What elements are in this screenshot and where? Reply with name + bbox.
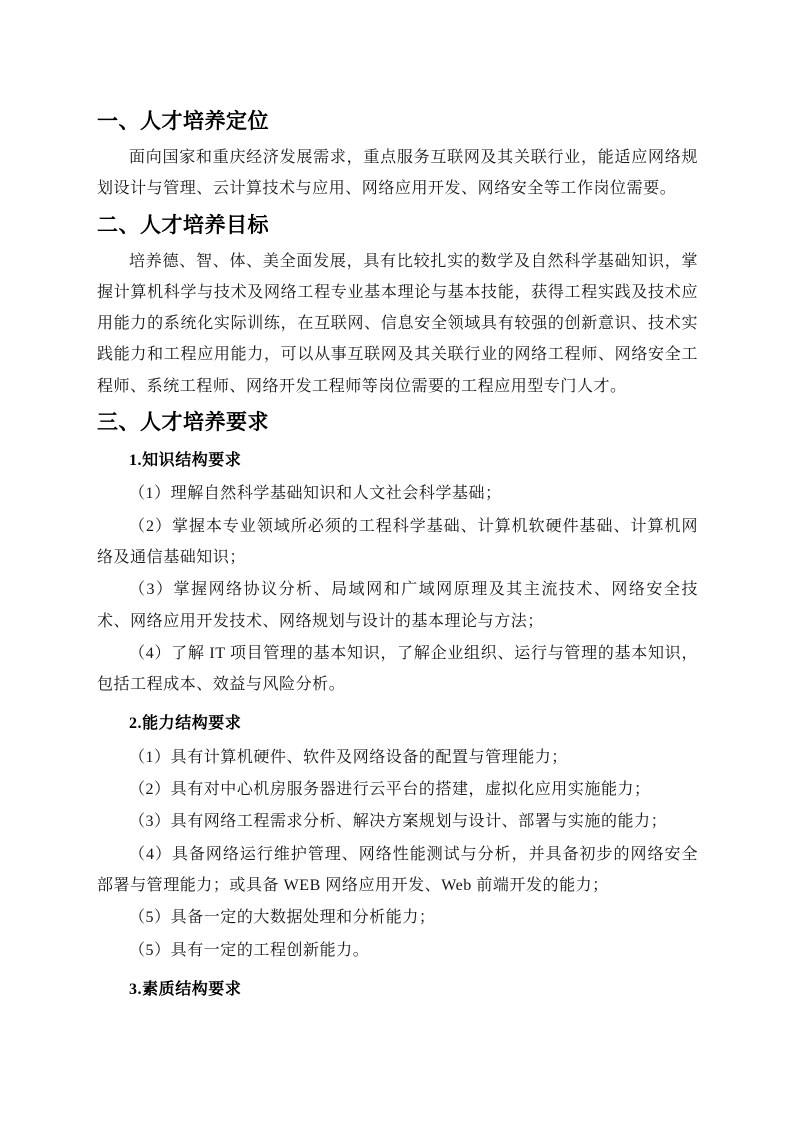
ability-item-1: （1）具有计算机硬件、软件及网络设备的配置与管理能力； [97,742,698,773]
knowledge-item-4: （4）了解 IT 项目管理的基本知识，了解企业组织、运行与管理的基本知识，包括工… [97,638,698,701]
ability-item-6: （5）具有一定的工程创新能力。 [97,935,698,966]
subsection-title-quality: 3.素质结构要求 [97,974,698,1005]
ability-item-3: （3）具有网络工程需求分析、解决方案规划与设计、部署与实施的能力； [97,806,698,837]
paragraph-positioning: 面向国家和重庆经济发展需求，重点服务互联网及其关联行业，能适应网络规划设计与管理… [97,142,698,205]
subsection-title-ability: 2.能力结构要求 [97,708,698,739]
document-page: 一、人才培养定位 面向国家和重庆经济发展需求，重点服务互联网及其关联行业，能适应… [0,0,793,1122]
ability-item-5: （5）具备一定的大数据处理和分析能力； [97,902,698,933]
knowledge-item-3: （3）掌握网络协议分析、局域网和广域网原理及其主流技术、网络安全技术、网络应用开… [97,574,698,637]
section-heading-goals: 二、人才培养目标 [97,211,698,240]
ability-item-4: （4）具备网络运行维护管理、网络性能测试与分析，并具备初步的网络安全部署与管理能… [97,839,698,902]
section-heading-requirements: 三、人才培养要求 [97,408,698,437]
section-heading-positioning: 一、人才培养定位 [97,107,698,136]
knowledge-item-2: （2）掌握本专业领域所必须的工程科学基础、计算机软硬件基础、计算机网络及通信基础… [97,511,698,574]
subsection-title-knowledge: 1.知识结构要求 [97,445,698,476]
knowledge-item-1: （1）理解自然科学基础知识和人文社会科学基础； [97,478,698,509]
ability-item-2: （2）具有对中心机房服务器进行云平台的搭建，虚拟化应用实施能力； [97,774,698,805]
paragraph-goals: 培养德、智、体、美全面发展，具有比较扎实的数学及自然科学基础知识，掌握计算机科学… [97,246,698,402]
